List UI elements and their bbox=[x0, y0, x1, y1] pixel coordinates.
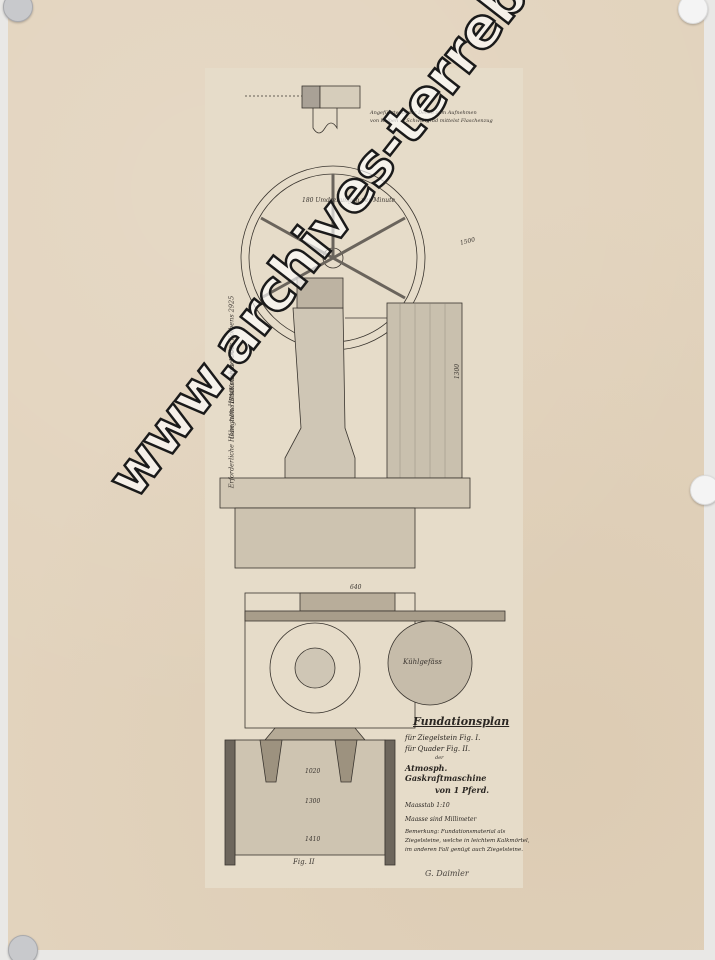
dim-found-1-label: 1300 bbox=[305, 798, 320, 805]
pushpin-right bbox=[690, 475, 715, 505]
fig-label: Fig. II bbox=[293, 858, 315, 866]
title-line-4: Atmosph. Gaskraftmaschine bbox=[405, 763, 530, 783]
scale-text: Maasstab 1:10 bbox=[405, 802, 530, 809]
title-line-1: für Ziegelstein Fig. I. bbox=[405, 734, 530, 742]
remark-text: Bemerkung: Fundationsmaterial als Ziegel… bbox=[405, 828, 530, 855]
title-line-2: für Quader Fig. II. bbox=[405, 745, 530, 753]
plan-title: Fundationsplan bbox=[413, 715, 530, 728]
title-line-5: von 1 Pferd. bbox=[435, 785, 530, 795]
dim-top-label: 640 bbox=[350, 584, 361, 591]
signature: G. Daimler bbox=[425, 869, 530, 878]
pushpin-bottom-left bbox=[8, 935, 38, 960]
title-block: Fundationsplan für Ziegelstein Fig. I. f… bbox=[405, 715, 530, 878]
cooling-tank-label: Kühlgefäss bbox=[403, 658, 442, 666]
dim-base-label: 1020 bbox=[305, 768, 320, 775]
title-line-3: der bbox=[435, 755, 530, 761]
tank-height-label: 1300 bbox=[454, 364, 461, 379]
units-text: Maasse sind Millimeter bbox=[405, 816, 530, 823]
dim-found-2-label: 1410 bbox=[305, 836, 320, 843]
